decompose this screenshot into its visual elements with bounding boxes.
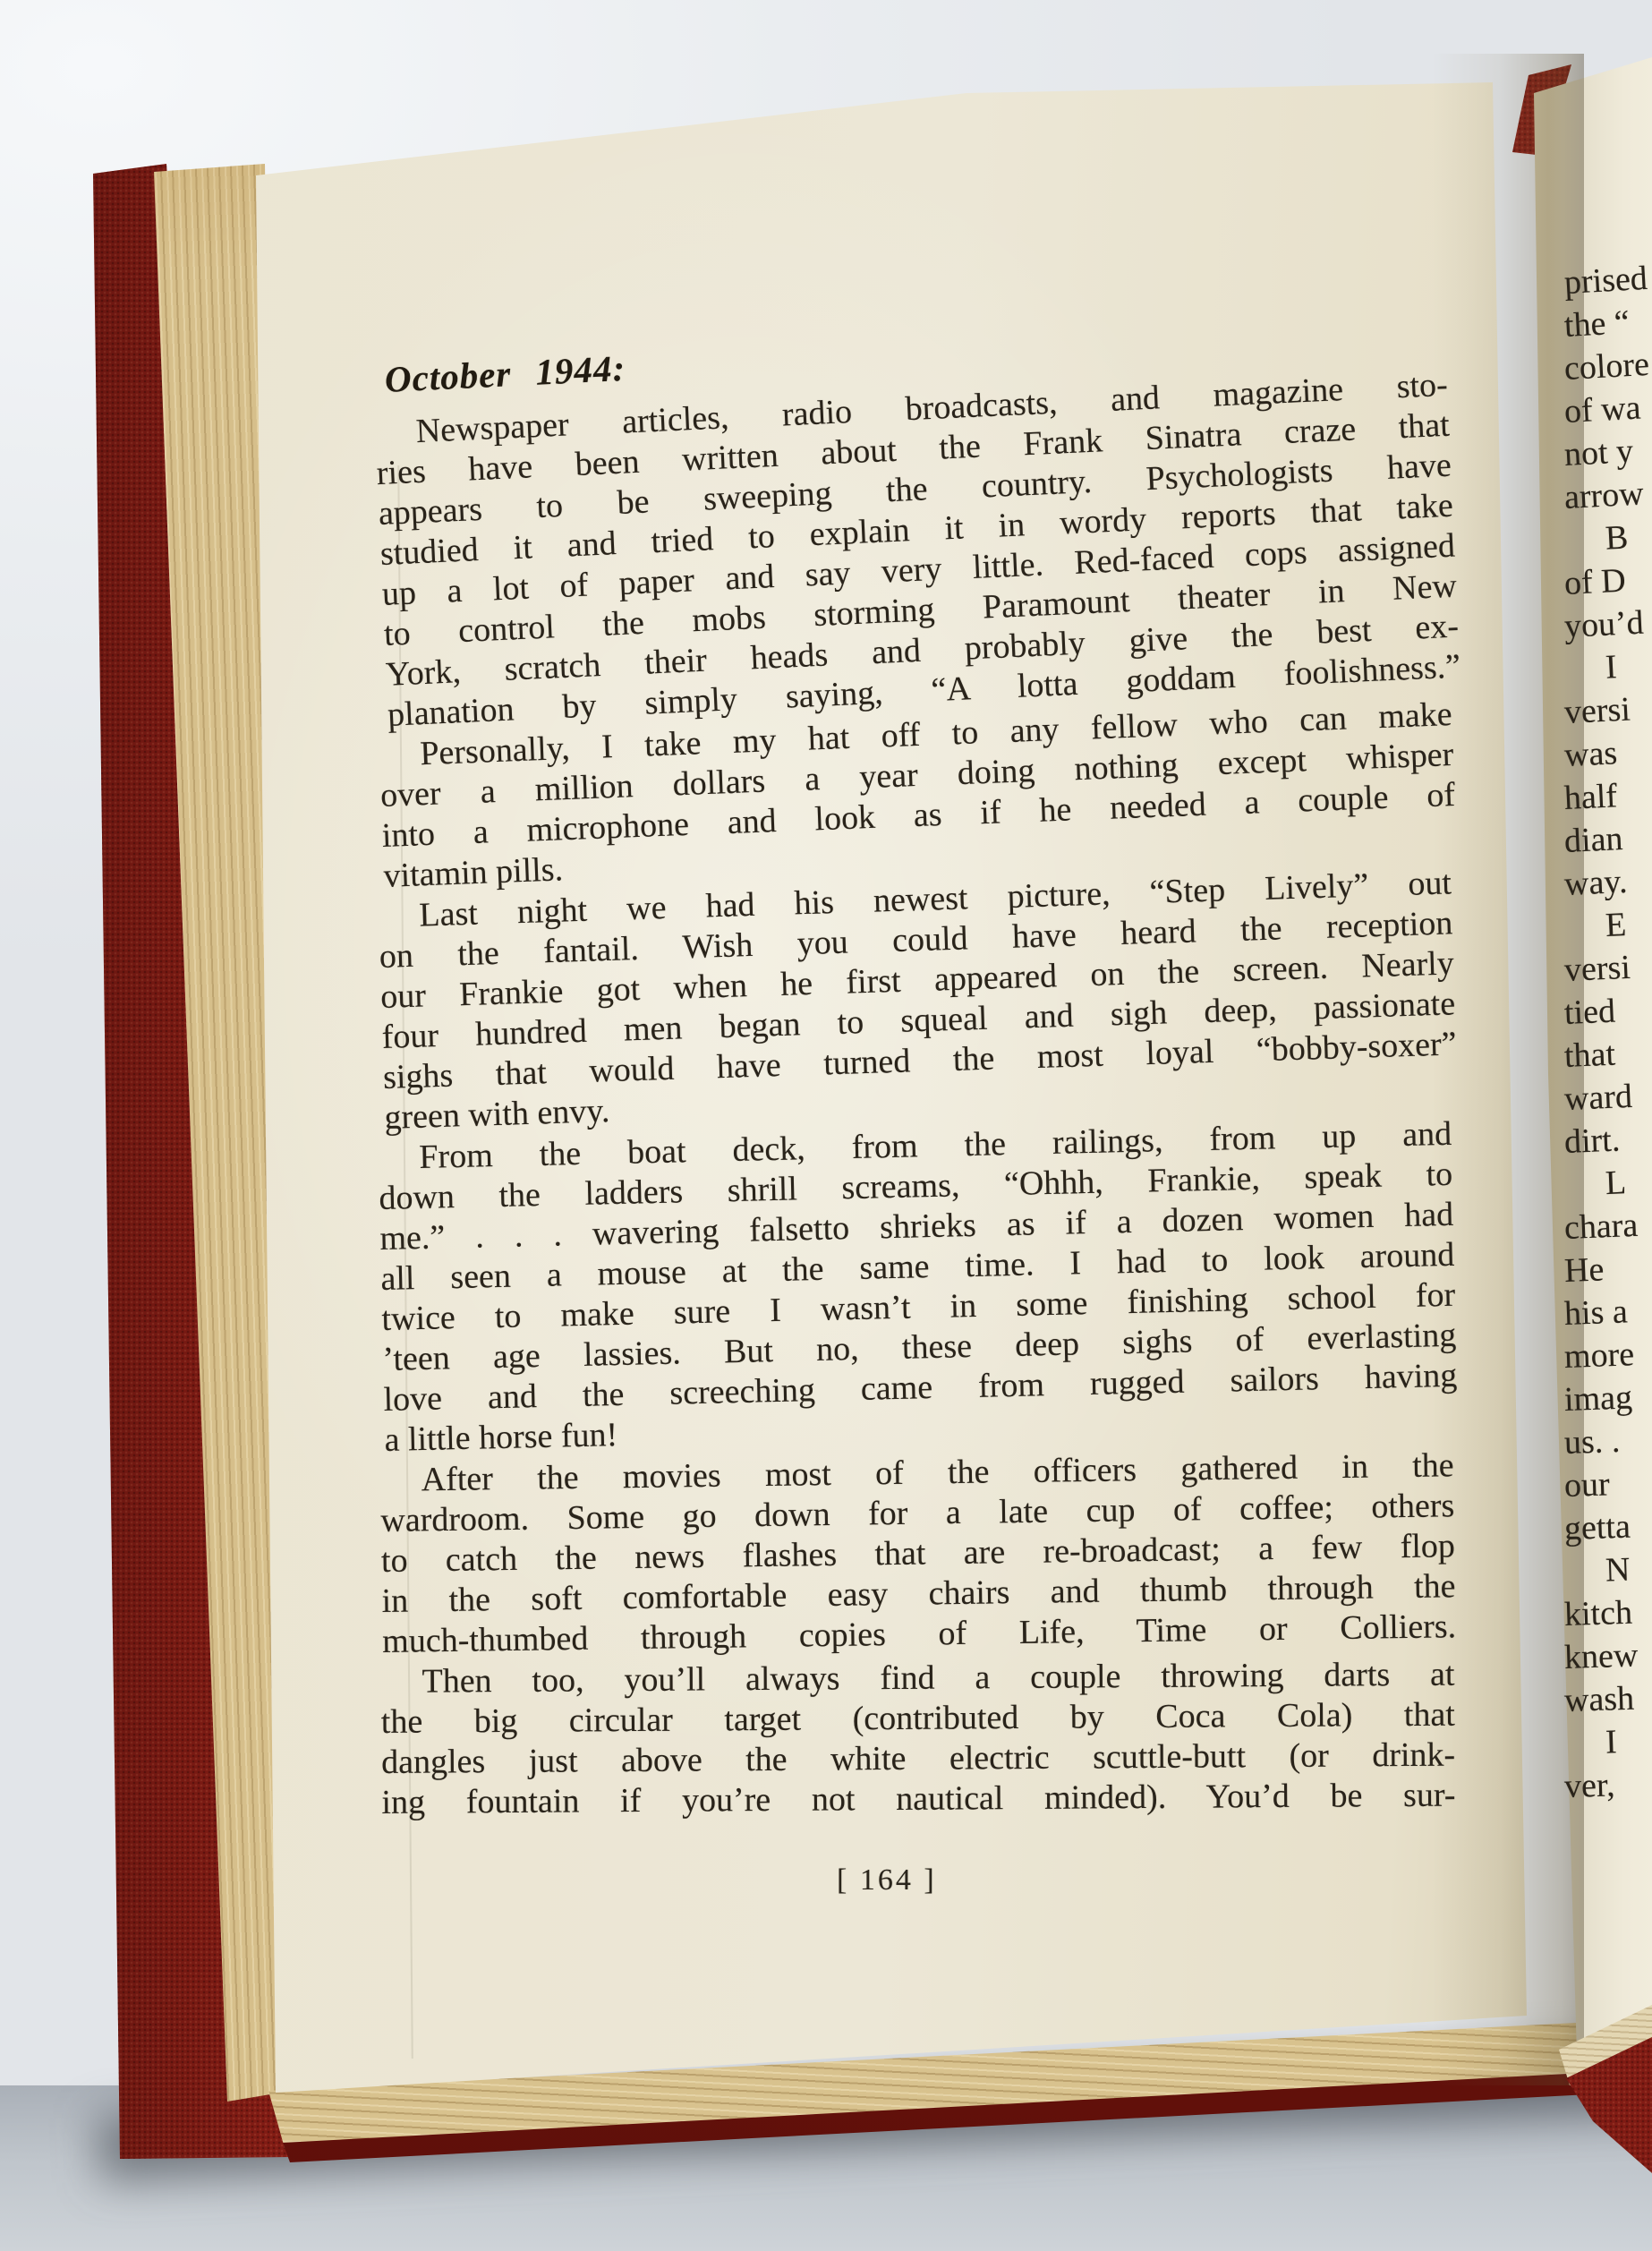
paragraph: After the movies most of the officers ga… (379, 1445, 1456, 1662)
paragraph: Then too, you’ll always find a couple th… (380, 1655, 1455, 1823)
right-page-text-line: tied (1563, 990, 1616, 1035)
right-page-text-line: He (1563, 1248, 1605, 1292)
right-page-text-line: way. (1563, 860, 1628, 906)
right-page-text-line: our (1563, 1462, 1610, 1507)
right-page-text-line: I (1563, 645, 1618, 691)
right-page-text-line: ward (1563, 1075, 1633, 1121)
right-page-text-line: dirt. (1563, 1119, 1621, 1164)
right-page-text-line: B (1563, 516, 1630, 562)
right-page-text-line: us. . (1563, 1420, 1621, 1464)
right-page-text-line: of wa (1563, 386, 1642, 433)
paragraph: Last night we had his newest picture, “S… (378, 863, 1459, 1138)
right-page-text-line: of D (1563, 559, 1627, 605)
page-number: [ 164 ] (837, 1863, 937, 1897)
paragraph: Newspaper articles, radio broadcasts, an… (374, 365, 1461, 736)
right-page-text-line: chara (1563, 1204, 1639, 1249)
right-page-text-line: E (1563, 903, 1627, 949)
paragraph: From the boat deck, from the railings, f… (378, 1114, 1459, 1461)
right-page-text-line: versi (1563, 946, 1631, 992)
right-page-text-line: ver, (1563, 1763, 1615, 1808)
right-page-text-line: imag (1563, 1376, 1633, 1421)
right-page-text-line: getta (1563, 1505, 1631, 1550)
right-page-text-line: was (1563, 731, 1618, 777)
right-page-text-line: knew (1563, 1633, 1639, 1679)
right-page-text-line: L (1563, 1161, 1627, 1207)
right-page-text-line: his a (1563, 1290, 1628, 1335)
right-page-text-line: I (1563, 1720, 1617, 1765)
right-page-text-line: colore (1563, 343, 1650, 390)
book-photo: October 1944: Newspaper articles, radio … (0, 0, 1652, 2251)
right-page-text-line: dian (1563, 817, 1624, 863)
right-page-text-line: N (1563, 1548, 1631, 1593)
text-line: ing fountain if you’re not nautical mind… (381, 1776, 1455, 1823)
right-page-text-line: half (1563, 774, 1618, 820)
right-page-text-line: more (1563, 1333, 1635, 1378)
right-page-text-line: prised (1563, 257, 1648, 304)
right-page-text-line: wash (1563, 1677, 1635, 1722)
right-page-text-line: arrow (1563, 472, 1645, 519)
right-page-text-line: not y (1563, 430, 1634, 476)
right-page-text-line: kitch (1563, 1591, 1632, 1636)
right-page-text-line: you’d (1563, 601, 1645, 648)
right-page-text-line: versi (1563, 687, 1631, 733)
right-page-text-line: that (1563, 1033, 1616, 1078)
left-page-paragraphs: Newspaper articles, radio broadcasts, an… (381, 414, 1455, 1823)
right-page-text-line: the “ (1563, 301, 1631, 347)
